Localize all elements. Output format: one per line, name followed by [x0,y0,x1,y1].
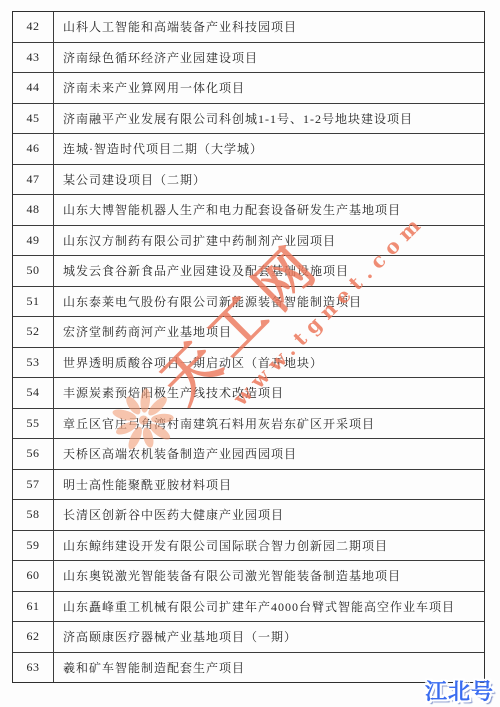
project-name-cell: 山东奥锐激光智能装备有限公司激光智能装备制造基地项目 [54,561,484,591]
row-number-cell: 47 [13,165,54,195]
table-row: 57明士高性能聚酰亚胺材料项目 [13,470,484,501]
table-row: 47某公司建设项目（二期） [13,165,484,196]
table-row: 46连城·智造时代项目二期（大学城） [13,134,484,165]
project-name-cell: 山东矗峰重工机械有限公司扩建年产4000台臂式智能高空作业车项目 [54,592,484,622]
table-row: 45济南融平产业发展有限公司科创城1-1号、1-2号地块建设项目 [13,104,484,135]
row-number-cell: 60 [13,561,54,591]
row-number-cell: 62 [13,622,54,652]
project-name-cell: 济南未来产业算网用一体化项目 [54,73,484,103]
table-row: 54丰源炭素预焙阳极生产线技术改造项目 [13,378,484,409]
row-number-cell: 54 [13,378,54,408]
project-name-cell: 明士高性能聚酰亚胺材料项目 [54,470,484,500]
row-number-cell: 55 [13,409,54,439]
table-row: 50城发云食谷新食品产业园建设及配套基础设施项目 [13,256,484,287]
row-number-cell: 53 [13,348,54,378]
project-name-cell: 世界透明质酸谷项目一期启动区（首开地块） [54,348,484,378]
project-name-cell: 连城·智造时代项目二期（大学城） [54,134,484,164]
row-number-cell: 44 [13,73,54,103]
channel-badge: 江北号 [425,675,494,706]
row-number-cell: 63 [13,653,54,683]
table-row: 60山东奥锐激光智能装备有限公司激光智能装备制造基地项目 [13,561,484,592]
project-name-cell: 某公司建设项目（二期） [54,165,484,195]
table-row: 51山东泰莱电气股份有限公司新能源装备智能制造项目 [13,287,484,318]
table-row: 59山东鲸纬建设开发有限公司国际联合智力创新园二期项目 [13,531,484,562]
table-row: 58长清区创新谷中医药大健康产业园项目 [13,500,484,531]
table-row: 61山东矗峰重工机械有限公司扩建年产4000台臂式智能高空作业车项目 [13,592,484,623]
row-number-cell: 49 [13,226,54,256]
table-row: 63羲和矿车智能制造配套生产项目 [13,653,484,683]
project-name-cell: 济南绿色循环经济产业园建设项目 [54,43,484,73]
row-number-cell: 51 [13,287,54,317]
project-table: 42山科人工智能和高端装备产业科技园项目43济南绿色循环经济产业园建设项目44济… [12,11,485,683]
project-name-cell: 章丘区官庄弓角湾村南建筑石料用灰岩东矿区开采项目 [54,409,484,439]
row-number-cell: 58 [13,500,54,530]
table-row: 62济高颐康医疗器械产业基地项目（一期） [13,622,484,653]
row-number-cell: 42 [13,12,54,42]
row-number-cell: 46 [13,134,54,164]
project-name-cell: 山东汉方制药有限公司扩建中药制剂产业园项目 [54,226,484,256]
table-row: 48山东大博智能机器人生产和电力配套设备研发生产基地项目 [13,195,484,226]
project-name-cell: 长清区创新谷中医药大健康产业园项目 [54,500,484,530]
row-number-cell: 43 [13,43,54,73]
row-number-cell: 52 [13,317,54,347]
project-name-cell: 丰源炭素预焙阳极生产线技术改造项目 [54,378,484,408]
project-name-cell: 宏济堂制药商河产业基地项目 [54,317,484,347]
table-row: 42山科人工智能和高端装备产业科技园项目 [13,12,484,43]
row-number-cell: 48 [13,195,54,225]
table-row: 43济南绿色循环经济产业园建设项目 [13,43,484,74]
project-name-cell: 山东泰莱电气股份有限公司新能源装备智能制造项目 [54,287,484,317]
project-name-cell: 山东鲸纬建设开发有限公司国际联合智力创新园二期项目 [54,531,484,561]
table-row: 56天桥区高端农机装备制造产业园西园项目 [13,439,484,470]
row-number-cell: 61 [13,592,54,622]
row-number-cell: 50 [13,256,54,286]
project-name-cell: 山科人工智能和高端装备产业科技园项目 [54,12,484,42]
row-number-cell: 57 [13,470,54,500]
project-name-cell: 羲和矿车智能制造配套生产项目 [54,653,484,683]
project-name-cell: 城发云食谷新食品产业园建设及配套基础设施项目 [54,256,484,286]
row-number-cell: 56 [13,439,54,469]
table-row: 53世界透明质酸谷项目一期启动区（首开地块） [13,348,484,379]
project-name-cell: 山东大博智能机器人生产和电力配套设备研发生产基地项目 [54,195,484,225]
project-name-cell: 济高颐康医疗器械产业基地项目（一期） [54,622,484,652]
row-number-cell: 59 [13,531,54,561]
row-number-cell: 45 [13,104,54,134]
table-row: 55章丘区官庄弓角湾村南建筑石料用灰岩东矿区开采项目 [13,409,484,440]
table-row: 49山东汉方制药有限公司扩建中药制剂产业园项目 [13,226,484,257]
table-row: 44济南未来产业算网用一体化项目 [13,73,484,104]
project-name-cell: 天桥区高端农机装备制造产业园西园项目 [54,439,484,469]
project-name-cell: 济南融平产业发展有限公司科创城1-1号、1-2号地块建设项目 [54,104,484,134]
table-row: 52宏济堂制药商河产业基地项目 [13,317,484,348]
